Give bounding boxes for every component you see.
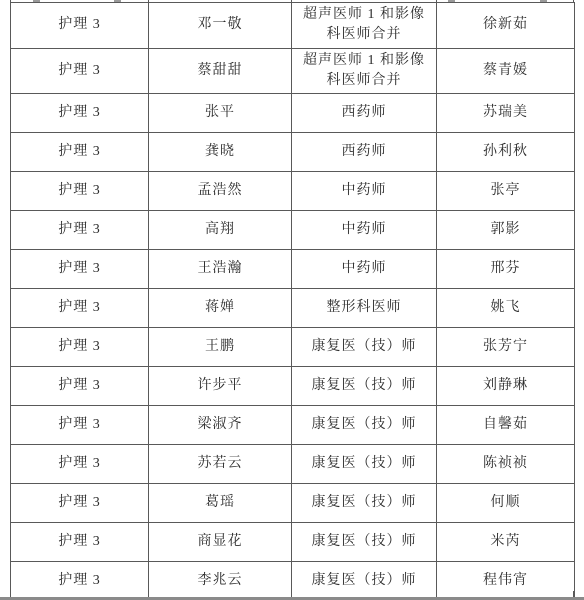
title-cell: 中药师	[292, 250, 437, 289]
table-row: 护理 3 许步平 康复医（技）师 刘静琳	[11, 367, 575, 406]
table-row: 护理 3 蔡甜甜 超声医师 1 和影像科医师合并 蔡青媛	[11, 48, 575, 94]
paired-name-cell: 孙利秋	[437, 133, 575, 172]
group-cell: 护理 3	[11, 523, 149, 562]
table-row: 护理 3 王浩瀚 中药师 邢芬	[11, 250, 575, 289]
group-cell: 护理 3	[11, 289, 149, 328]
group-cell: 护理 3	[11, 328, 149, 367]
table-row: 护理 3 高翔 中药师 郭影	[11, 211, 575, 250]
group-cell: 护理 3	[11, 94, 149, 133]
roster-table: 护理 3 邓一敬 超声医师 1 和影像科医师合并 徐新茹 护理 3 蔡甜甜 超声…	[10, 2, 574, 600]
name-cell: 葛瑶	[149, 484, 292, 523]
name-cell: 张平	[149, 94, 292, 133]
table-row: 护理 3 邓一敬 超声医师 1 和影像科医师合并 徐新茹	[11, 3, 575, 49]
title-cell: 康复医（技）师	[292, 367, 437, 406]
table-row: 护理 3 商显花 康复医（技）师 米芮	[11, 523, 575, 562]
name-cell: 高翔	[149, 211, 292, 250]
title-cell: 超声医师 1 和影像科医师合并	[292, 48, 437, 94]
group-cell: 护理 3	[11, 172, 149, 211]
table-row: 护理 3 苏若云 康复医（技）师 陈祯祯	[11, 445, 575, 484]
title-cell: 超声医师 1 和影像科医师合并	[292, 3, 437, 49]
group-cell: 护理 3	[11, 48, 149, 94]
group-cell: 护理 3	[11, 484, 149, 523]
group-cell: 护理 3	[11, 3, 149, 49]
paired-name-cell: 张芳宁	[437, 328, 575, 367]
group-cell: 护理 3	[11, 211, 149, 250]
paired-name-cell: 程伟宵	[437, 562, 575, 600]
paired-name-cell: 郭影	[437, 211, 575, 250]
name-cell: 苏若云	[149, 445, 292, 484]
title-cell: 西药师	[292, 133, 437, 172]
group-cell: 护理 3	[11, 406, 149, 445]
staff-assignment-table: 护理 3 邓一敬 超声医师 1 和影像科医师合并 徐新茹 护理 3 蔡甜甜 超声…	[10, 2, 575, 600]
title-cell: 西药师	[292, 94, 437, 133]
group-cell: 护理 3	[11, 445, 149, 484]
paired-name-cell: 张亭	[437, 172, 575, 211]
title-cell: 康复医（技）师	[292, 406, 437, 445]
group-cell: 护理 3	[11, 367, 149, 406]
title-cell: 中药师	[292, 211, 437, 250]
paired-name-cell: 米芮	[437, 523, 575, 562]
paired-name-cell: 何顺	[437, 484, 575, 523]
paired-name-cell: 自馨茹	[437, 406, 575, 445]
name-cell: 商显花	[149, 523, 292, 562]
name-cell: 许步平	[149, 367, 292, 406]
table-row: 护理 3 孟浩然 中药师 张亭	[11, 172, 575, 211]
paired-name-cell: 邢芬	[437, 250, 575, 289]
group-cell: 护理 3	[11, 562, 149, 600]
name-cell: 蔡甜甜	[149, 48, 292, 94]
screenshot-canvas: 护理 3 邓一敬 超声医师 1 和影像科医师合并 徐新茹 护理 3 蔡甜甜 超声…	[0, 0, 584, 600]
title-cell: 康复医（技）师	[292, 562, 437, 600]
table-row: 护理 3 葛瑶 康复医（技）师 何顺	[11, 484, 575, 523]
group-cell: 护理 3	[11, 133, 149, 172]
paired-name-cell: 徐新茹	[437, 3, 575, 49]
table-row: 护理 3 张平 西药师 苏瑞美	[11, 94, 575, 133]
table-row: 护理 3 王鹏 康复医（技）师 张芳宁	[11, 328, 575, 367]
title-cell: 康复医（技）师	[292, 523, 437, 562]
name-cell: 王鹏	[149, 328, 292, 367]
title-cell: 整形科医师	[292, 289, 437, 328]
roster-table-body: 护理 3 邓一敬 超声医师 1 和影像科医师合并 徐新茹 护理 3 蔡甜甜 超声…	[11, 3, 575, 600]
table-row: 护理 3 蒋婵 整形科医师 姚飞	[11, 289, 575, 328]
name-cell: 孟浩然	[149, 172, 292, 211]
table-row: 护理 3 梁淑齐 康复医（技）师 自馨茹	[11, 406, 575, 445]
name-cell: 梁淑齐	[149, 406, 292, 445]
paired-name-cell: 陈祯祯	[437, 445, 575, 484]
group-cell: 护理 3	[11, 250, 149, 289]
table-row: 护理 3 李兆云 康复医（技）师 程伟宵	[11, 562, 575, 600]
name-cell: 邓一敬	[149, 3, 292, 49]
title-cell: 中药师	[292, 172, 437, 211]
title-cell: 康复医（技）师	[292, 328, 437, 367]
paired-name-cell: 姚飞	[437, 289, 575, 328]
title-cell: 康复医（技）师	[292, 484, 437, 523]
paired-name-cell: 刘静琳	[437, 367, 575, 406]
name-cell: 王浩瀚	[149, 250, 292, 289]
name-cell: 龚晓	[149, 133, 292, 172]
title-cell: 康复医（技）师	[292, 445, 437, 484]
paired-name-cell: 苏瑞美	[437, 94, 575, 133]
name-cell: 蒋婵	[149, 289, 292, 328]
table-row: 护理 3 龚晓 西药师 孙利秋	[11, 133, 575, 172]
paired-name-cell: 蔡青媛	[437, 48, 575, 94]
name-cell: 李兆云	[149, 562, 292, 600]
